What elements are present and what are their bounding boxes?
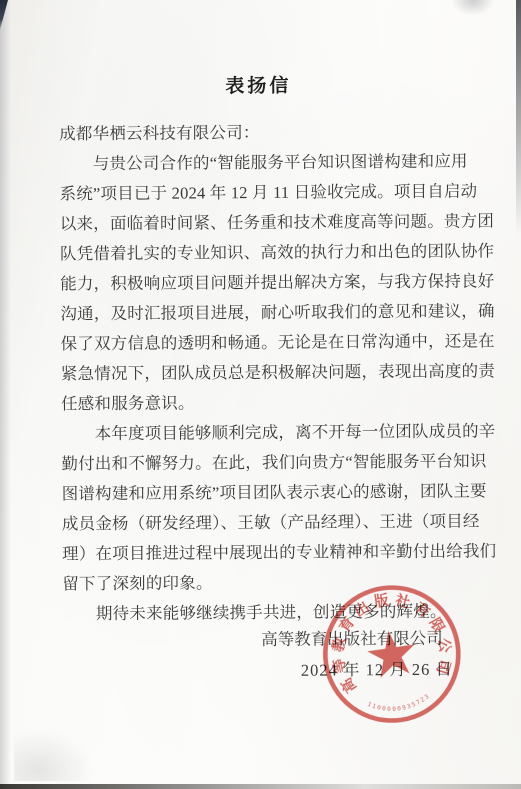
letter-body-line: 本年度项目能够顺利完成，离不开每一位团队成员的辛 — [61, 416, 477, 449]
letter-body-line: 队凭借着扎实的专业知识、高效的执行力和出色的团队协作 — [60, 236, 476, 269]
paper-edge-left-shadow — [0, 0, 11, 789]
paper-curl-shadow — [14, 729, 94, 781]
letter-body-line: 系统”项目已于 2024 年 12 月 11 日验收完成。项目自启动 — [59, 176, 475, 209]
paper-edge-bottom-shadow — [0, 784, 521, 789]
letter-photo: 表扬信 成都华栖云科技有限公司： 与贵公司合作的“智能服务平台知识图谱构建和应用… — [0, 0, 521, 789]
letter-body-line: 沟通，及时汇报项目进展，耐心听取我们的意见和建议，确 — [60, 296, 476, 329]
letter-body-line: 紧急情况下，团队成员总是积极解决问题，表现出高度的责 — [61, 356, 477, 389]
letter-body-line: 勤付出和不懈努力。在此，我们向贵方“智能服务平台知识 — [61, 446, 477, 479]
letter-body-line: 任感和服务意识。 — [61, 386, 477, 419]
paper-top-smudge — [451, 0, 495, 16]
letter-body-line: 成员金杨（研发经理）、王敏（产品经理）、王进（项目经 — [62, 506, 478, 539]
company-seal: 高等教育出版社有限公司 1100000935723 — [309, 571, 475, 737]
letter-body-line: 理）在项目推进过程中展现出的专业精神和辛勤付出给我们 — [62, 536, 478, 569]
letter-page: 表扬信 成都华栖云科技有限公司： 与贵公司合作的“智能服务平台知识图谱构建和应用… — [0, 0, 521, 789]
letter-body: 成都华栖云科技有限公司： 与贵公司合作的“智能服务平台知识图谱构建和应用系统”项… — [59, 116, 479, 629]
letter-body-line: 与贵公司合作的“智能服务平台知识图谱构建和应用 — [59, 146, 475, 179]
letter-body-lines: 与贵公司合作的“智能服务平台知识图谱构建和应用系统”项目已于 2024 年 12… — [59, 146, 478, 629]
seal-star-icon — [365, 627, 419, 679]
letter-salutation: 成都华栖云科技有限公司： — [59, 116, 475, 149]
letter-body-line: 能力，积极响应项目问题并提出解决方案，与我方保持良好 — [60, 266, 476, 299]
letter-body-line: 图谱构建和应用系统”项目团队表示衷心的感谢，团队主要 — [62, 476, 478, 509]
letter-body-line: 保了双方信息的透明和畅通。无论是在日常沟通中，还是在 — [61, 326, 477, 359]
letter-body-line: 以来，面临着时间紧、任务重和技术难度高等问题。贵方团 — [60, 206, 476, 239]
paper-edge-right-shadow — [516, 0, 521, 235]
letter-title: 表扬信 — [0, 69, 519, 100]
